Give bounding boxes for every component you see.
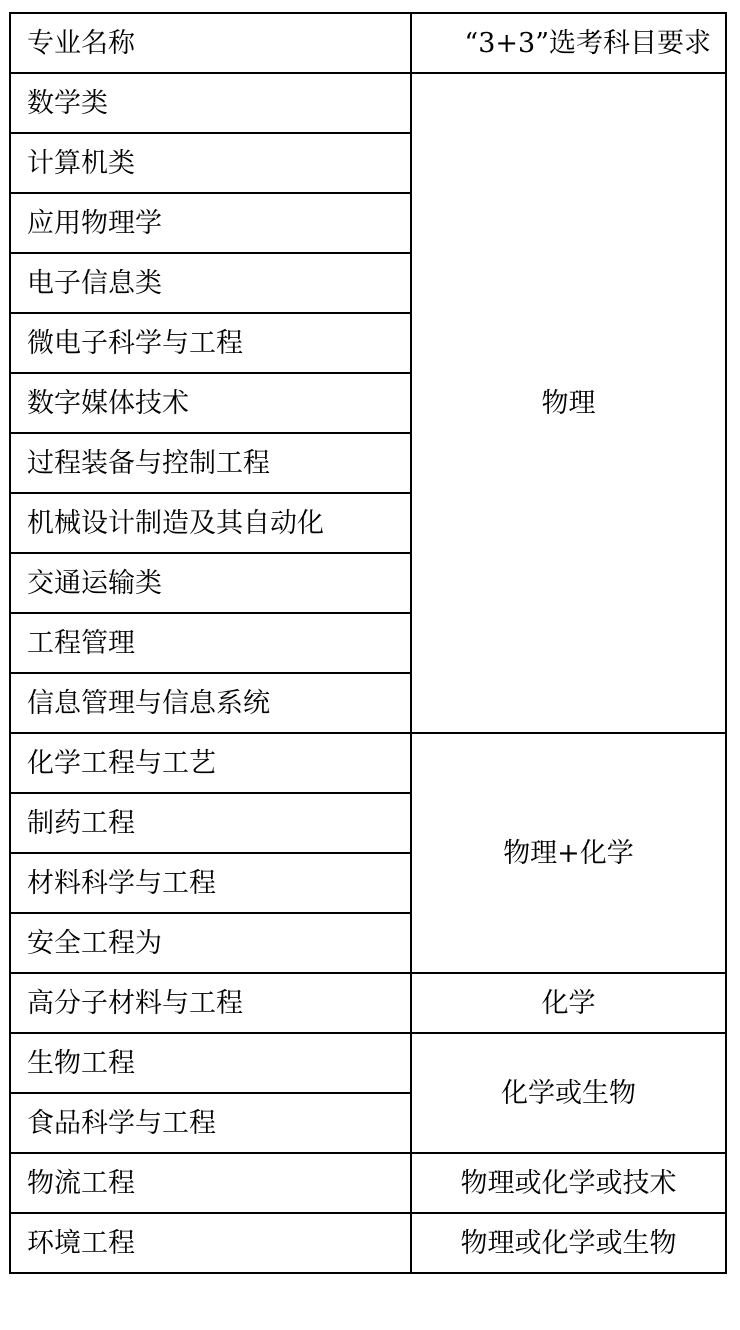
major-name: 交通运输类 [10, 553, 411, 613]
major-name: 应用物理学 [10, 193, 411, 253]
requirement-cell: 物理或化学或技术 [411, 1153, 726, 1213]
major-name: 计算机类 [10, 133, 411, 193]
header-major-name: 专业名称 [10, 13, 411, 73]
major-name: 生物工程 [10, 1033, 411, 1093]
major-name: 数字媒体技术 [10, 373, 411, 433]
requirement-cell: 化学或生物 [411, 1033, 726, 1153]
table-row: 环境工程 物理或化学或生物 [10, 1213, 726, 1273]
major-name: 机械设计制造及其自动化 [10, 493, 411, 553]
major-name: 食品科学与工程 [10, 1093, 411, 1153]
major-name: 环境工程 [10, 1213, 411, 1273]
requirement-cell: 物理 [411, 73, 726, 733]
major-name: 材料科学与工程 [10, 853, 411, 913]
major-name: 工程管理 [10, 613, 411, 673]
major-name: 高分子材料与工程 [10, 973, 411, 1033]
table-row: 物流工程 物理或化学或技术 [10, 1153, 726, 1213]
table-row: 数学类 物理 [10, 73, 726, 133]
major-name: 物流工程 [10, 1153, 411, 1213]
major-name: 安全工程为 [10, 913, 411, 973]
header-subject-requirement: “3+3”选考科目要求 [411, 13, 726, 73]
requirement-cell: 化学 [411, 973, 726, 1033]
header-row: 专业名称 “3+3”选考科目要求 [10, 13, 726, 73]
table-row: 化学工程与工艺 物理+化学 [10, 733, 726, 793]
major-name: 微电子科学与工程 [10, 313, 411, 373]
requirement-cell: 物理或化学或生物 [411, 1213, 726, 1273]
subject-requirements-table: 专业名称 “3+3”选考科目要求 数学类 物理 计算机类 应用物理学 电子信息类… [9, 12, 727, 1274]
major-name: 制药工程 [10, 793, 411, 853]
major-name: 信息管理与信息系统 [10, 673, 411, 733]
major-name: 电子信息类 [10, 253, 411, 313]
major-name: 过程装备与控制工程 [10, 433, 411, 493]
requirement-cell: 物理+化学 [411, 733, 726, 973]
table-row: 高分子材料与工程 化学 [10, 973, 726, 1033]
table-row: 生物工程 化学或生物 [10, 1033, 726, 1093]
major-name: 化学工程与工艺 [10, 733, 411, 793]
major-name: 数学类 [10, 73, 411, 133]
